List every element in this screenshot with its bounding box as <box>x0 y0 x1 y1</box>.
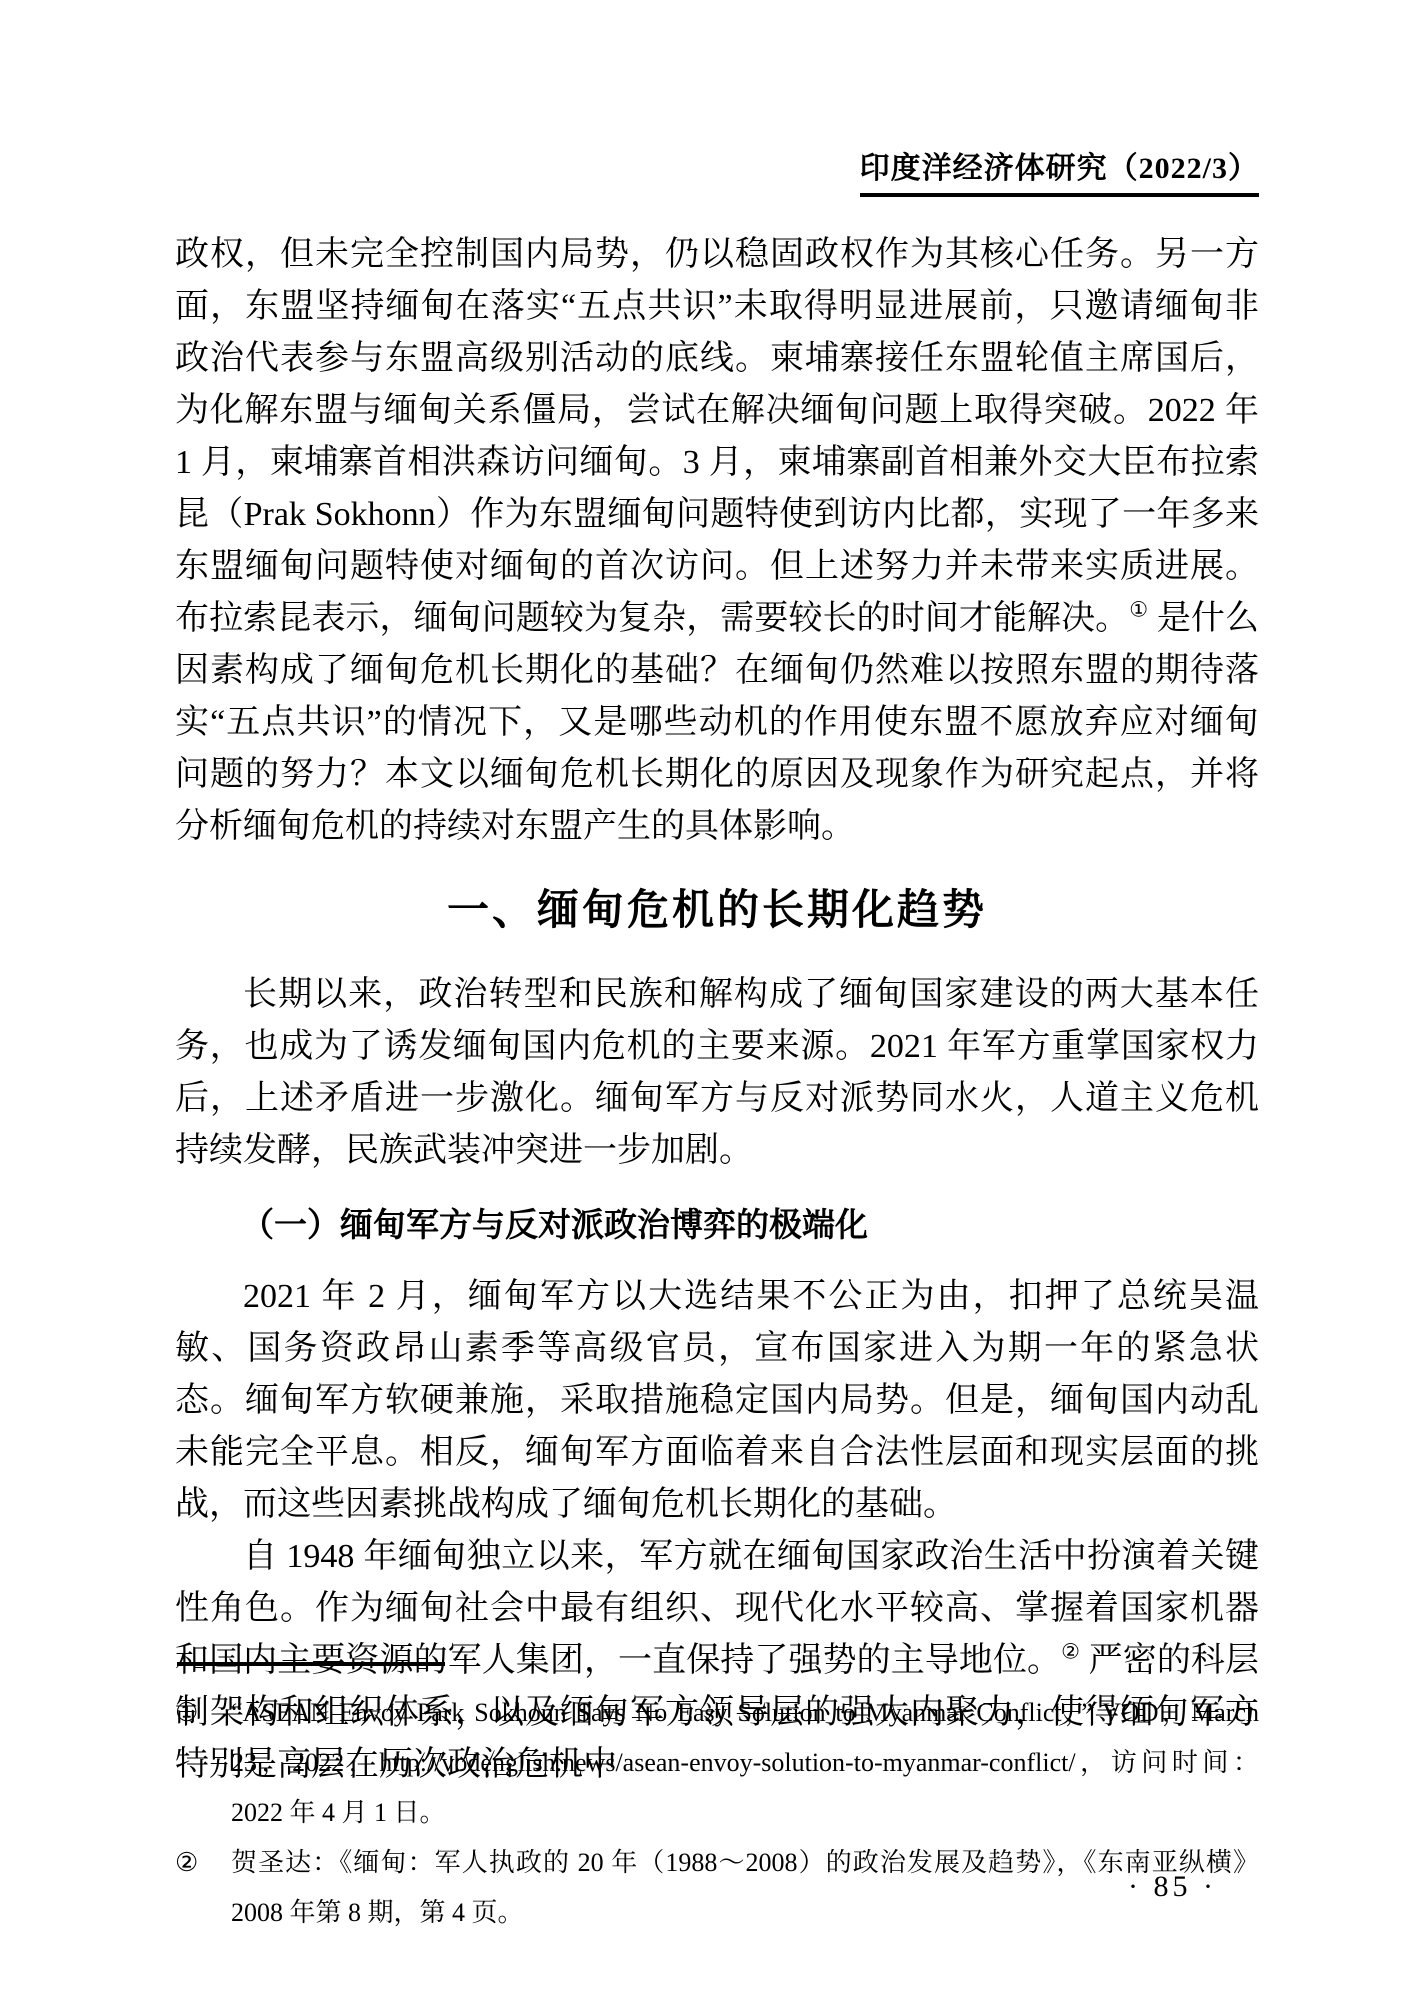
footnote-1-marker: ① <box>175 1688 231 1738</box>
body-paragraph-1: 政权，但未完全控制国内局势，仍以稳固政权作为其核心任务。另一方面，东盟坚持缅甸在… <box>175 229 1259 853</box>
document-page: 印度洋经济体研究（2022/3） 政权，但未完全控制国内局势，仍以稳固政权作为其… <box>0 0 1417 2008</box>
section-heading: 一、缅甸危机的长期化趋势 <box>175 885 1259 935</box>
footnote-item-1: ① “ASEAN Envoy Park Sokhonn Says No Easy… <box>175 1688 1259 1838</box>
footnote-2-text: 贺圣达：《缅甸：军人执政的 20 年（1988～2008）的政治发展及趋势》，《… <box>231 1838 1259 1938</box>
body-paragraph-2: 长期以来，政治转型和民族和解构成了缅甸国家建设的两大基本任务，也成为了诱发缅甸国… <box>175 969 1259 1177</box>
page-number: · 85 · <box>1128 1870 1217 1904</box>
subsection-heading: （一）缅甸军方与反对派政治博弈的极端化 <box>175 1203 1259 1247</box>
footnote-separator <box>177 1662 445 1666</box>
page-content: 印度洋经济体研究（2022/3） 政权，但未完全控制国内局势，仍以稳固政权作为其… <box>175 0 1259 1791</box>
footnote-1-text: “ASEAN Envoy Park Sokhonn Says No Easy S… <box>231 1688 1259 1838</box>
footnote-2-marker: ② <box>175 1838 231 1888</box>
footnotes-section: ① “ASEAN Envoy Park Sokhonn Says No Easy… <box>175 1650 1259 1938</box>
body-paragraph-3: 2021 年 2 月，缅甸军方以大选结果不公正为由，扣押了总统吴温敏、国务资政昂… <box>175 1271 1259 1531</box>
running-header: 印度洋经济体研究（2022/3） <box>175 152 1259 197</box>
journal-title: 印度洋经济体研究（2022/3） <box>860 152 1259 197</box>
footnote-item-2: ② 贺圣达：《缅甸：军人执政的 20 年（1988～2008）的政治发展及趋势》… <box>175 1838 1259 1938</box>
